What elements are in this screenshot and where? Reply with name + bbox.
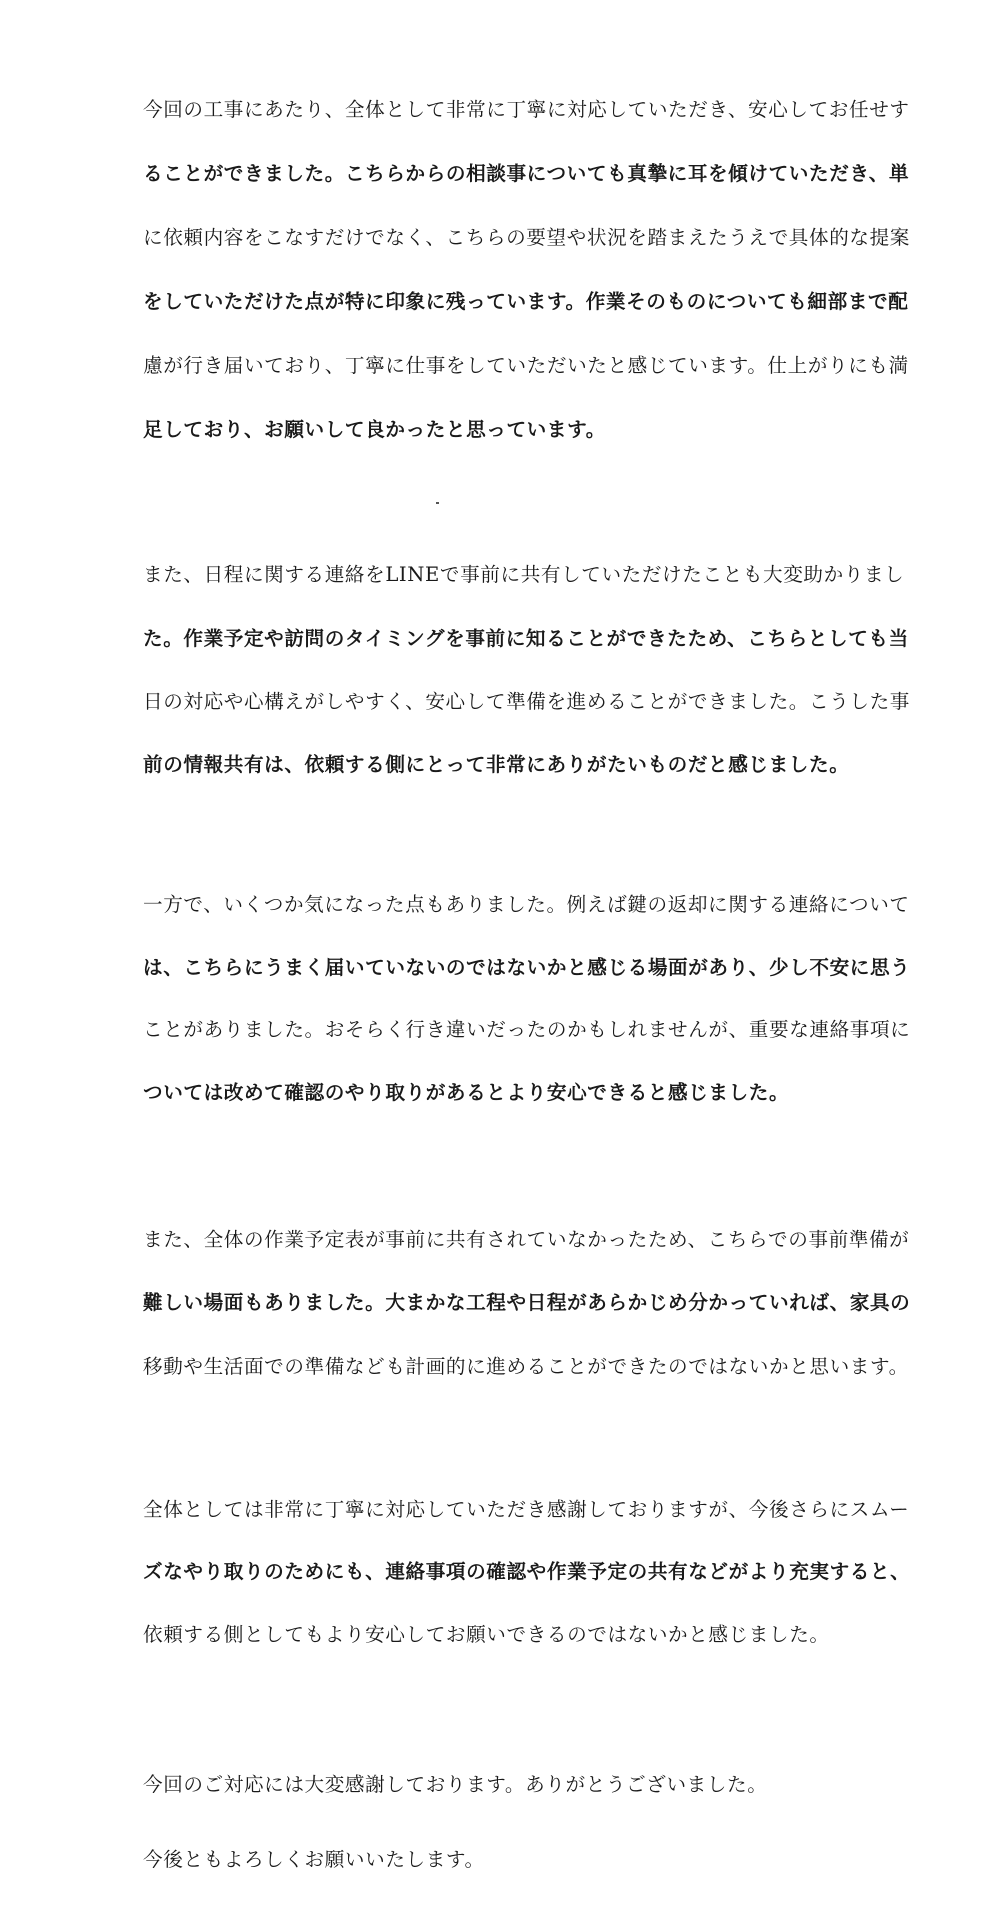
text-line: 今後ともよろしくお願いいたします。 bbox=[143, 1848, 863, 1872]
text-line: ることができました。こちらからの相談事についても真摯に耳を傾けていただき、単 bbox=[143, 162, 863, 186]
text-line: 今回のご対応には大変感謝しております。ありがとうございました。 bbox=[143, 1773, 863, 1797]
scanned-letter-page: 今回の工事にあたり、全体として非常に丁寧に対応していただき、安心してお任せす る… bbox=[0, 0, 1000, 1930]
text-line: 難しい場面もありました。大まかな工程や日程があらかじめ分かっていれば、家具の bbox=[143, 1291, 863, 1315]
text-line: 依頼する側としてもより安心してお願いできるのではないかと感じました。 bbox=[143, 1623, 863, 1647]
text-line: ズなやり取りのためにも、連絡事項の確認や作業予定の共有などがより充実すると、 bbox=[143, 1560, 863, 1584]
text-line: は、こちらにうまく届いていないのではないかと感じる場面があり、少し不安に思う bbox=[143, 956, 863, 980]
text-line: また、日程に関する連絡をLINEで事前に共有していただけたことも大変助かりまし bbox=[143, 563, 863, 587]
scan-artifact-dot bbox=[436, 502, 439, 504]
text-line: に依頼内容をこなすだけでなく、こちらの要望や状況を踏まえたうえで具体的な提案 bbox=[143, 226, 863, 250]
text-line: ついては改めて確認のやり取りがあるとより安心できると感じました。 bbox=[143, 1081, 863, 1105]
text-line: 今回の工事にあたり、全体として非常に丁寧に対応していただき、安心してお任せす bbox=[143, 98, 863, 122]
text-line: また、全体の作業予定表が事前に共有されていなかったため、こちらでの事前準備が bbox=[143, 1228, 863, 1252]
text-line: ことがありました。おそらく行き違いだったのかもしれませんが、重要な連絡事項に bbox=[143, 1018, 863, 1042]
text-line: 前の情報共有は、依頼する側にとって非常にありがたいものだと感じました。 bbox=[143, 753, 863, 777]
text-line: 日の対応や心構えがしやすく、安心して準備を進めることができました。こうした事 bbox=[143, 690, 863, 714]
text-line: 移動や生活面での準備なども計画的に進めることができたのではないかと思います。 bbox=[143, 1355, 863, 1379]
text-line: た。作業予定や訪問のタイミングを事前に知ることができたため、こちらとしても当 bbox=[143, 627, 863, 651]
text-line: 一方で、いくつか気になった点もありました。例えば鍵の返却に関する連絡について bbox=[143, 893, 863, 917]
text-line: 全体としては非常に丁寧に対応していただき感謝しておりますが、今後さらにスムー bbox=[143, 1498, 863, 1522]
text-line: をしていただけた点が特に印象に残っています。作業そのものについても細部まで配 bbox=[143, 290, 863, 314]
text-line: 慮が行き届いており、丁寧に仕事をしていただいたと感じています。仕上がりにも満 bbox=[143, 354, 863, 378]
text-line: 足しており、お願いして良かったと思っています。 bbox=[143, 418, 863, 442]
